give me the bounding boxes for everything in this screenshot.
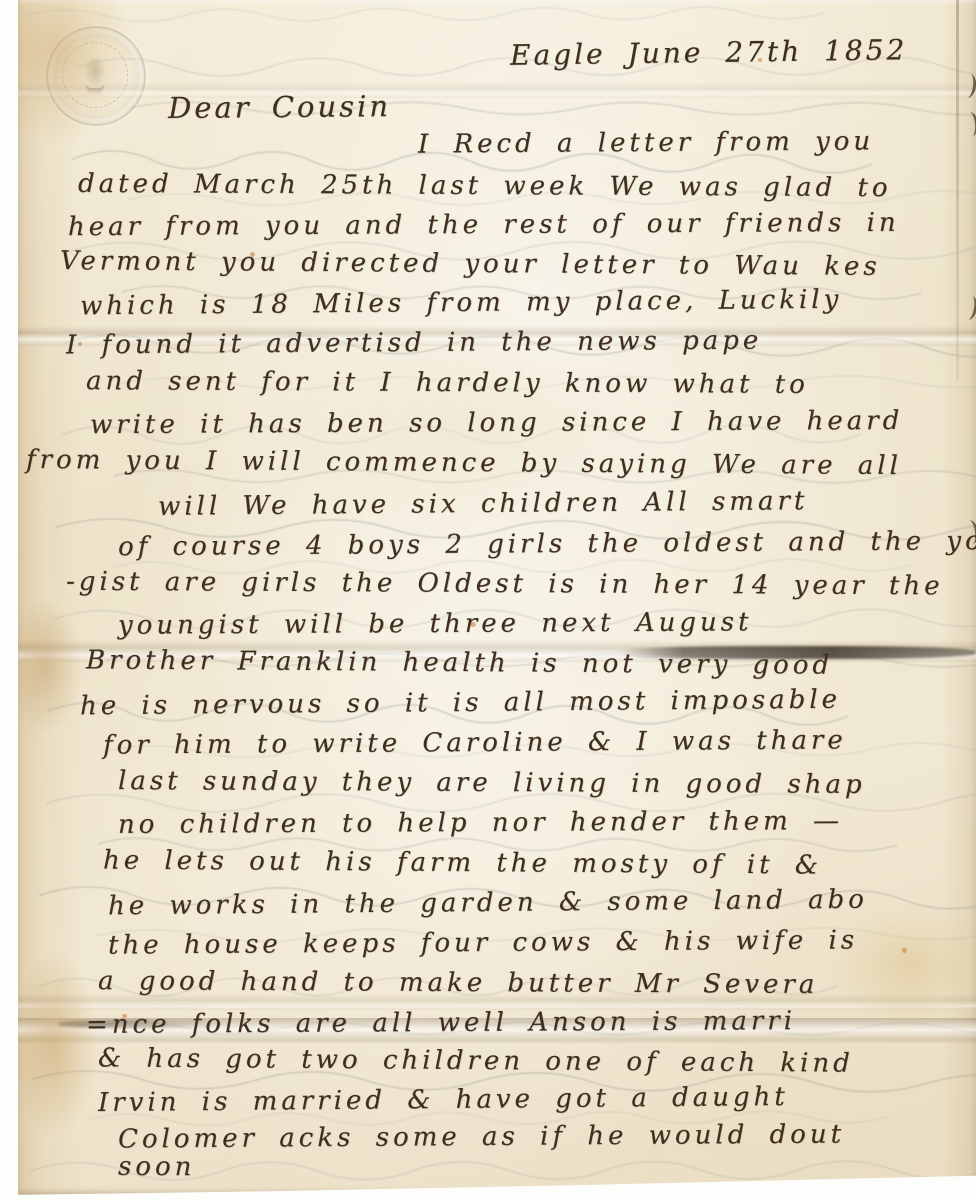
letter-line: no children to help nor hender them — [118, 806, 843, 840]
page-edge-ink-fragment [965, 111, 976, 136]
letter-line: which is 18 Miles from my place, Luckily [80, 285, 842, 322]
embossed-seal-icon [46, 26, 146, 126]
letter-line: the house keeps four cows & his wife is [108, 925, 858, 960]
scanned-letter: Eagle June 27th 1852 Dear Cousin I Recd … [0, 0, 976, 1200]
letter-line: =nce folks are all well Anson is marri [86, 1006, 796, 1040]
foxing-speck [902, 948, 907, 953]
letter-line: Irvin is married & have got a daught [98, 1082, 789, 1118]
letter-line: he works in the garden & some land abo [108, 885, 868, 922]
stain [18, 596, 84, 736]
letter-line: I found it advertisd in the news pape [66, 326, 762, 361]
letter-line: -gist are girls the Oldest is in her 14 … [66, 567, 944, 602]
letter-line: and sent for it I hardely know what to [86, 366, 809, 400]
letter-line: write it has ben so long since I have he… [90, 406, 904, 440]
letter-line: of course 4 boys 2 girls the oldest and … [118, 526, 976, 562]
letter-line: Vermont you directed your letter to Wau … [60, 246, 881, 282]
dateline: Eagle June 27th 1852 [510, 33, 908, 72]
paper-sheet: Eagle June 27th 1852 Dear Cousin I Recd … [18, 0, 976, 1196]
seal-emblem [84, 58, 106, 88]
letter-line: Colomer acks some as if he would dout [118, 1119, 845, 1154]
letter-line: hear from you and the rest of our friend… [68, 208, 900, 242]
letter-line: Brother Franklin health is not very good [86, 645, 833, 680]
letter-line: & has got two children one of each kind [98, 1043, 854, 1078]
fold-crease [18, 82, 976, 98]
letter-line: a good hand to make butter Mr Severa [98, 966, 818, 1000]
letter-line: dated March 25th last week We was glad t… [78, 169, 892, 203]
letter-line: he is nervous so it is all most imposabl… [80, 685, 841, 722]
stain [18, 952, 98, 1137]
page-fold-line [956, 0, 959, 380]
letter-line: for him to write Caroline & I was thare [103, 725, 847, 760]
letter-line: last sunday they are living in good shap [118, 766, 866, 800]
stain [830, 900, 976, 1030]
page-edge-ink-fragment [963, 295, 976, 321]
letter-line: I Recd a letter from you [418, 126, 874, 159]
letter-line: from you I will commence by saying We ar… [26, 445, 902, 481]
letter-line: he lets out his farm the mosty of it & [103, 845, 822, 880]
letter-line: youngist will be three next August [118, 607, 753, 640]
salutation: Dear Cousin [168, 89, 391, 125]
letter-line: soon [118, 1152, 196, 1182]
page-edge-ink-fragment [962, 73, 976, 98]
letter-line: will We have six children All smart [158, 486, 809, 522]
